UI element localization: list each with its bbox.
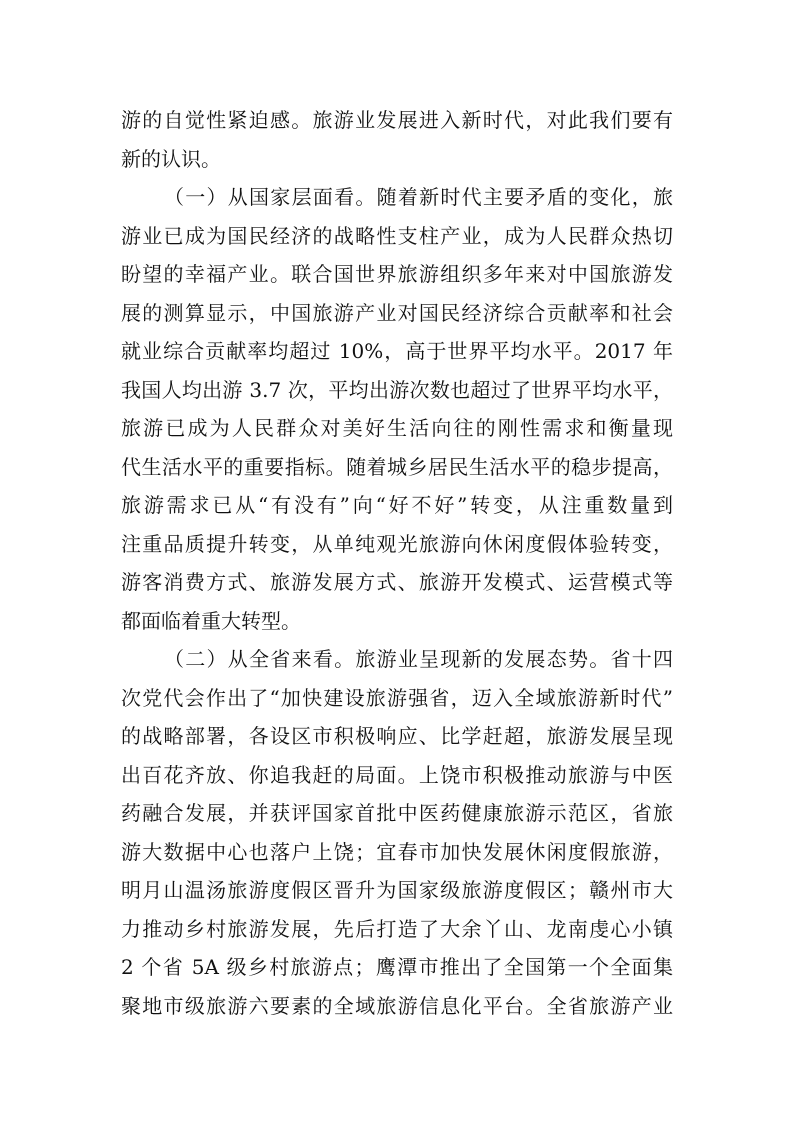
- text-line: 游业已成为国民经济的战略性支柱产业，成为人民群众热切: [121, 217, 673, 256]
- text-line: 游客消费方式、旅游发展方式、旅游开发模式、运营模式等: [121, 563, 673, 602]
- document-page: 游的自觉性紧迫感。旅游业发展进入新时代，对此我们要有 新的认识。 （一）从国家层…: [121, 101, 673, 1025]
- text-line: 2 个省 5A 级乡村旅游点；鹰潭市推出了全国第一个全面集: [121, 948, 673, 987]
- paragraph-heading-line: （二）从全省来看。旅游业呈现新的发展态势。省十四: [121, 640, 673, 679]
- text-line: 药融合发展，并获评国家首批中医药健康旅游示范区，省旅: [121, 794, 673, 833]
- text-line: 注重品质提升转变，从单纯观光旅游向休闲度假体验转变，: [121, 525, 673, 564]
- text-line: 新的认识。: [121, 140, 673, 179]
- text-line: 盼望的幸福产业。联合国世界旅游组织多年来对中国旅游发: [121, 255, 673, 294]
- text-line: 我国人均出游 3.7 次，平均出游次数也超过了世界平均水平，: [121, 371, 673, 410]
- text-line: 代生活水平的重要指标。随着城乡居民生活水平的稳步提高，: [121, 448, 673, 487]
- paragraph-national-level: （一）从国家层面看。随着新时代主要矛盾的变化，旅 游业已成为国民经济的战略性支柱…: [121, 178, 673, 640]
- text-line: 旅游已成为人民群众对美好生活向往的刚性需求和衡量现: [121, 409, 673, 448]
- text-line: 明月山温汤旅游度假区晋升为国家级旅游度假区；赣州市大: [121, 871, 673, 910]
- paragraph-heading-line: （一）从国家层面看。随着新时代主要矛盾的变化，旅: [121, 178, 673, 217]
- text-line: 都面临着重大转型。: [121, 602, 673, 641]
- text-line: 力推动乡村旅游发展，先后打造了大余丫山、龙南虔心小镇: [121, 910, 673, 949]
- text-line: 游大数据中心也落户上饶；宜春市加快发展休闲度假旅游，: [121, 833, 673, 872]
- text-line: 次党代会作出了“加快建设旅游强省，迈入全域旅游新时代”: [121, 679, 673, 718]
- paragraph-provincial-level: （二）从全省来看。旅游业呈现新的发展态势。省十四 次党代会作出了“加快建设旅游强…: [121, 640, 673, 1025]
- text-line: 的战略部署，各设区市积极响应、比学赶超，旅游发展呈现: [121, 717, 673, 756]
- text-line: 旅游需求已从“有没有”向“好不好”转变，从注重数量到: [121, 486, 673, 525]
- text-line: 聚地市级旅游六要素的全域旅游信息化平台。全省旅游产业: [121, 987, 673, 1026]
- paragraph-intro-tail: 游的自觉性紧迫感。旅游业发展进入新时代，对此我们要有 新的认识。: [121, 101, 673, 178]
- text-line: 出百花齐放、你追我赶的局面。上饶市积极推动旅游与中医: [121, 756, 673, 795]
- text-line: 展的测算显示，中国旅游产业对国民经济综合贡献率和社会: [121, 294, 673, 333]
- text-line: 游的自觉性紧迫感。旅游业发展进入新时代，对此我们要有: [121, 101, 673, 140]
- text-line: 就业综合贡献率均超过 10%，高于世界平均水平。2017 年: [121, 332, 673, 371]
